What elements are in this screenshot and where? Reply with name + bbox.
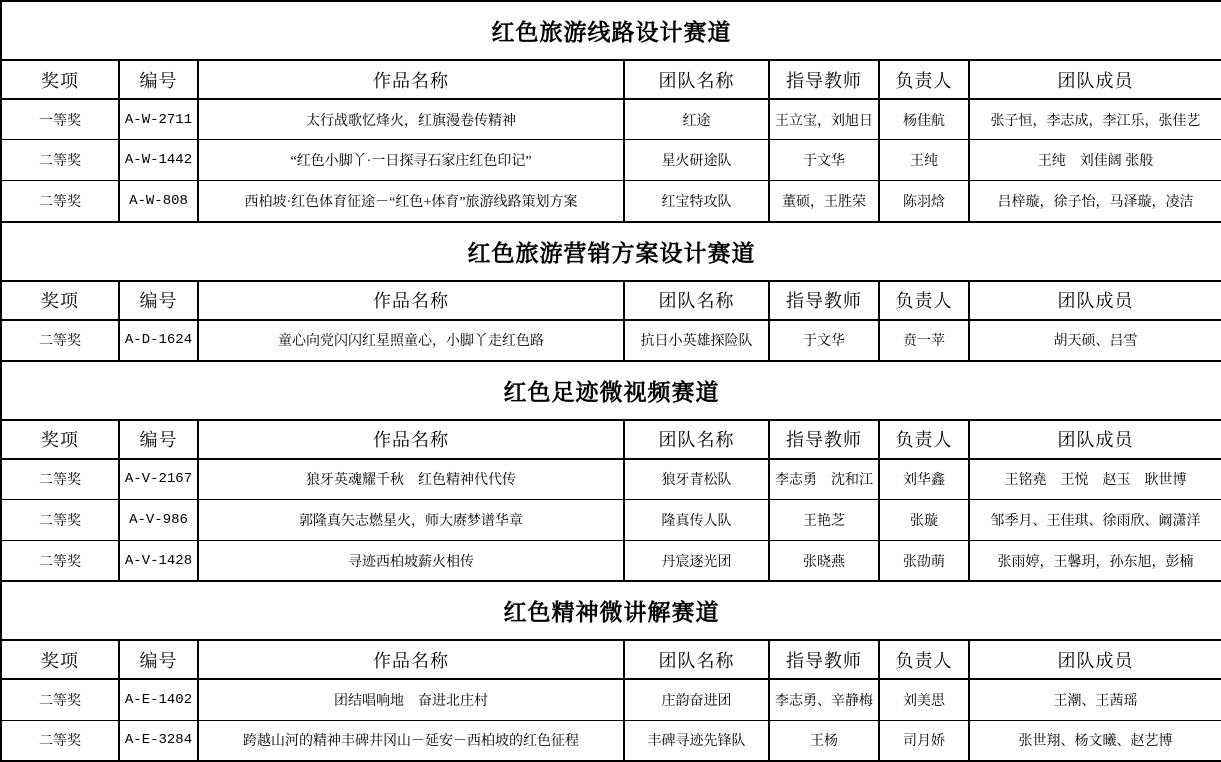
cell-code: A-E-3284 bbox=[119, 720, 198, 761]
column-header-row: 奖项编号作品名称团队名称指导教师负责人团队成员 bbox=[1, 640, 1221, 679]
table-row: 二等奖A-V-986郭隆真矢志燃星火，师大赓梦谱华章隆真传人队王艳芝张璇邹季月、… bbox=[1, 499, 1221, 540]
column-header-members: 团队成员 bbox=[969, 640, 1221, 679]
cell-advisor: 董硕，王胜荣 bbox=[769, 181, 879, 222]
column-header-row: 奖项编号作品名称团队名称指导教师负责人团队成员 bbox=[1, 60, 1221, 99]
cell-award: 二等奖 bbox=[1, 720, 119, 761]
cell-award: 二等奖 bbox=[1, 499, 119, 540]
awards-table: 红色旅游线路设计赛道奖项编号作品名称团队名称指导教师负责人团队成员一等奖A-W-… bbox=[0, 0, 1221, 762]
cell-leader: 刘华鑫 bbox=[879, 459, 969, 500]
cell-leader: 贲一苹 bbox=[879, 320, 969, 361]
cell-team-name: 隆真传人队 bbox=[624, 499, 769, 540]
cell-team-name: 抗日小英雄探险队 bbox=[624, 320, 769, 361]
section-title-row: 红色足迹微视频赛道 bbox=[1, 361, 1221, 420]
cell-members: 王铭堯 王悦 赵玉 耿世博 bbox=[969, 459, 1221, 500]
cell-members: 胡天硕、吕雪 bbox=[969, 320, 1221, 361]
column-header-code: 编号 bbox=[119, 281, 198, 320]
cell-code: A-E-1402 bbox=[119, 679, 198, 720]
section-title: 红色精神微讲解赛道 bbox=[1, 581, 1221, 640]
cell-advisor: 王艳芝 bbox=[769, 499, 879, 540]
cell-advisor: 王立宝，刘旭日 bbox=[769, 99, 879, 140]
cell-code: A-W-808 bbox=[119, 181, 198, 222]
cell-work-name: 童心向党闪闪红星照童心，小脚丫走红色路 bbox=[198, 320, 624, 361]
cell-code: A-V-2167 bbox=[119, 459, 198, 500]
column-header-team-name: 团队名称 bbox=[624, 640, 769, 679]
column-header-advisor: 指导教师 bbox=[769, 420, 879, 459]
cell-team-name: 红途 bbox=[624, 99, 769, 140]
cell-advisor: 张晓燕 bbox=[769, 540, 879, 581]
cell-code: A-W-1442 bbox=[119, 140, 198, 181]
cell-work-name: 郭隆真矢志燃星火，师大赓梦谱华章 bbox=[198, 499, 624, 540]
cell-advisor: 于文华 bbox=[769, 140, 879, 181]
column-header-leader: 负责人 bbox=[879, 640, 969, 679]
cell-work-name: “红色小脚丫·一日探寻石家庄红色印记” bbox=[198, 140, 624, 181]
column-header-award: 奖项 bbox=[1, 640, 119, 679]
cell-award: 二等奖 bbox=[1, 679, 119, 720]
cell-team-name: 丹宸逐光团 bbox=[624, 540, 769, 581]
table-row: 二等奖A-W-808西柏坡·红色体育征途－“红色+体育”旅游线路策划方案红宝特攻… bbox=[1, 181, 1221, 222]
cell-team-name: 狼牙青松队 bbox=[624, 459, 769, 500]
cell-leader: 杨佳航 bbox=[879, 99, 969, 140]
cell-award: 二等奖 bbox=[1, 540, 119, 581]
section-1: 红色旅游线路设计赛道奖项编号作品名称团队名称指导教师负责人团队成员一等奖A-W-… bbox=[1, 1, 1221, 222]
cell-advisor: 王杨 bbox=[769, 720, 879, 761]
column-header-award: 奖项 bbox=[1, 420, 119, 459]
column-header-code: 编号 bbox=[119, 640, 198, 679]
cell-advisor: 李志勇 沈和江 bbox=[769, 459, 879, 500]
column-header-row: 奖项编号作品名称团队名称指导教师负责人团队成员 bbox=[1, 281, 1221, 320]
cell-leader: 刘美思 bbox=[879, 679, 969, 720]
section-4: 红色精神微讲解赛道奖项编号作品名称团队名称指导教师负责人团队成员二等奖A-E-1… bbox=[1, 581, 1221, 761]
cell-award: 二等奖 bbox=[1, 181, 119, 222]
cell-members: 邹季月、王佳琪、徐雨欣、阚潇洋 bbox=[969, 499, 1221, 540]
cell-team-name: 庄韵奋进团 bbox=[624, 679, 769, 720]
cell-work-name: 西柏坡·红色体育征途－“红色+体育”旅游线路策划方案 bbox=[198, 181, 624, 222]
column-header-team-name: 团队名称 bbox=[624, 281, 769, 320]
cell-leader: 张劭萌 bbox=[879, 540, 969, 581]
cell-code: A-D-1624 bbox=[119, 320, 198, 361]
column-header-work-name: 作品名称 bbox=[198, 281, 624, 320]
section-title: 红色足迹微视频赛道 bbox=[1, 361, 1221, 420]
column-header-award: 奖项 bbox=[1, 60, 119, 99]
cell-members: 张子恒，李志成，李江乐，张佳艺 bbox=[969, 99, 1221, 140]
column-header-advisor: 指导教师 bbox=[769, 60, 879, 99]
cell-team-name: 星火研途队 bbox=[624, 140, 769, 181]
section-title: 红色旅游线路设计赛道 bbox=[1, 1, 1221, 60]
table-row: 二等奖A-W-1442“红色小脚丫·一日探寻石家庄红色印记”星火研途队于文华王纯… bbox=[1, 140, 1221, 181]
cell-team-name: 红宝特攻队 bbox=[624, 181, 769, 222]
cell-team-name: 丰碑寻迹先锋队 bbox=[624, 720, 769, 761]
column-header-team-name: 团队名称 bbox=[624, 60, 769, 99]
section-title: 红色旅游营销方案设计赛道 bbox=[1, 222, 1221, 281]
table-row: 二等奖A-V-2167狼牙英魂耀千秋 红色精神代代传狼牙青松队李志勇 沈和江刘华… bbox=[1, 459, 1221, 500]
cell-members: 吕梓璇，徐子怡，马泽璇，凌洁 bbox=[969, 181, 1221, 222]
section-title-row: 红色旅游营销方案设计赛道 bbox=[1, 222, 1221, 281]
cell-members: 王纯 刘佳阔 张般 bbox=[969, 140, 1221, 181]
column-header-members: 团队成员 bbox=[969, 420, 1221, 459]
column-header-work-name: 作品名称 bbox=[198, 60, 624, 99]
cell-advisor: 李志勇、辛静梅 bbox=[769, 679, 879, 720]
cell-work-name: 团结唱响地 奋进北庄村 bbox=[198, 679, 624, 720]
column-header-advisor: 指导教师 bbox=[769, 640, 879, 679]
section-2: 红色旅游营销方案设计赛道奖项编号作品名称团队名称指导教师负责人团队成员二等奖A-… bbox=[1, 222, 1221, 361]
table-row: 二等奖A-E-3284跨越山河的精神丰碑井冈山－延安－西柏坡的红色征程丰碑寻迹先… bbox=[1, 720, 1221, 761]
table-row: 一等奖A-W-2711太行战歌忆烽火，红旗漫卷传精神红途王立宝，刘旭日杨佳航张子… bbox=[1, 99, 1221, 140]
table-row: 二等奖A-V-1428寻迹西柏坡薪火相传丹宸逐光团张晓燕张劭萌张雨婷，王馨玥，孙… bbox=[1, 540, 1221, 581]
column-header-award: 奖项 bbox=[1, 281, 119, 320]
column-header-members: 团队成员 bbox=[969, 60, 1221, 99]
cell-advisor: 于文华 bbox=[769, 320, 879, 361]
column-header-leader: 负责人 bbox=[879, 60, 969, 99]
table-row: 二等奖A-D-1624童心向党闪闪红星照童心，小脚丫走红色路抗日小英雄探险队于文… bbox=[1, 320, 1221, 361]
cell-members: 张雨婷，王馨玥，孙东旭，彭楠 bbox=[969, 540, 1221, 581]
cell-work-name: 太行战歌忆烽火，红旗漫卷传精神 bbox=[198, 99, 624, 140]
cell-work-name: 狼牙英魂耀千秋 红色精神代代传 bbox=[198, 459, 624, 500]
column-header-row: 奖项编号作品名称团队名称指导教师负责人团队成员 bbox=[1, 420, 1221, 459]
column-header-members: 团队成员 bbox=[969, 281, 1221, 320]
cell-code: A-V-1428 bbox=[119, 540, 198, 581]
cell-leader: 张璇 bbox=[879, 499, 969, 540]
cell-members: 王潮、王茜瑶 bbox=[969, 679, 1221, 720]
column-header-leader: 负责人 bbox=[879, 281, 969, 320]
column-header-advisor: 指导教师 bbox=[769, 281, 879, 320]
table-row: 二等奖A-E-1402团结唱响地 奋进北庄村庄韵奋进团李志勇、辛静梅刘美思王潮、… bbox=[1, 679, 1221, 720]
cell-leader: 王纯 bbox=[879, 140, 969, 181]
cell-code: A-V-986 bbox=[119, 499, 198, 540]
cell-leader: 陈羽焓 bbox=[879, 181, 969, 222]
column-header-code: 编号 bbox=[119, 420, 198, 459]
cell-award: 二等奖 bbox=[1, 459, 119, 500]
column-header-work-name: 作品名称 bbox=[198, 420, 624, 459]
column-header-work-name: 作品名称 bbox=[198, 640, 624, 679]
section-title-row: 红色旅游线路设计赛道 bbox=[1, 1, 1221, 60]
cell-members: 张世翔、杨文曦、赵艺博 bbox=[969, 720, 1221, 761]
cell-award: 二等奖 bbox=[1, 140, 119, 181]
column-header-code: 编号 bbox=[119, 60, 198, 99]
cell-work-name: 跨越山河的精神丰碑井冈山－延安－西柏坡的红色征程 bbox=[198, 720, 624, 761]
cell-leader: 司月娇 bbox=[879, 720, 969, 761]
section-title-row: 红色精神微讲解赛道 bbox=[1, 581, 1221, 640]
section-3: 红色足迹微视频赛道奖项编号作品名称团队名称指导教师负责人团队成员二等奖A-V-2… bbox=[1, 361, 1221, 582]
cell-work-name: 寻迹西柏坡薪火相传 bbox=[198, 540, 624, 581]
cell-award: 二等奖 bbox=[1, 320, 119, 361]
column-header-team-name: 团队名称 bbox=[624, 420, 769, 459]
cell-award: 一等奖 bbox=[1, 99, 119, 140]
column-header-leader: 负责人 bbox=[879, 420, 969, 459]
document-page: { "page": { "background": "#ffffff", "bo… bbox=[0, 0, 1221, 762]
cell-code: A-W-2711 bbox=[119, 99, 198, 140]
